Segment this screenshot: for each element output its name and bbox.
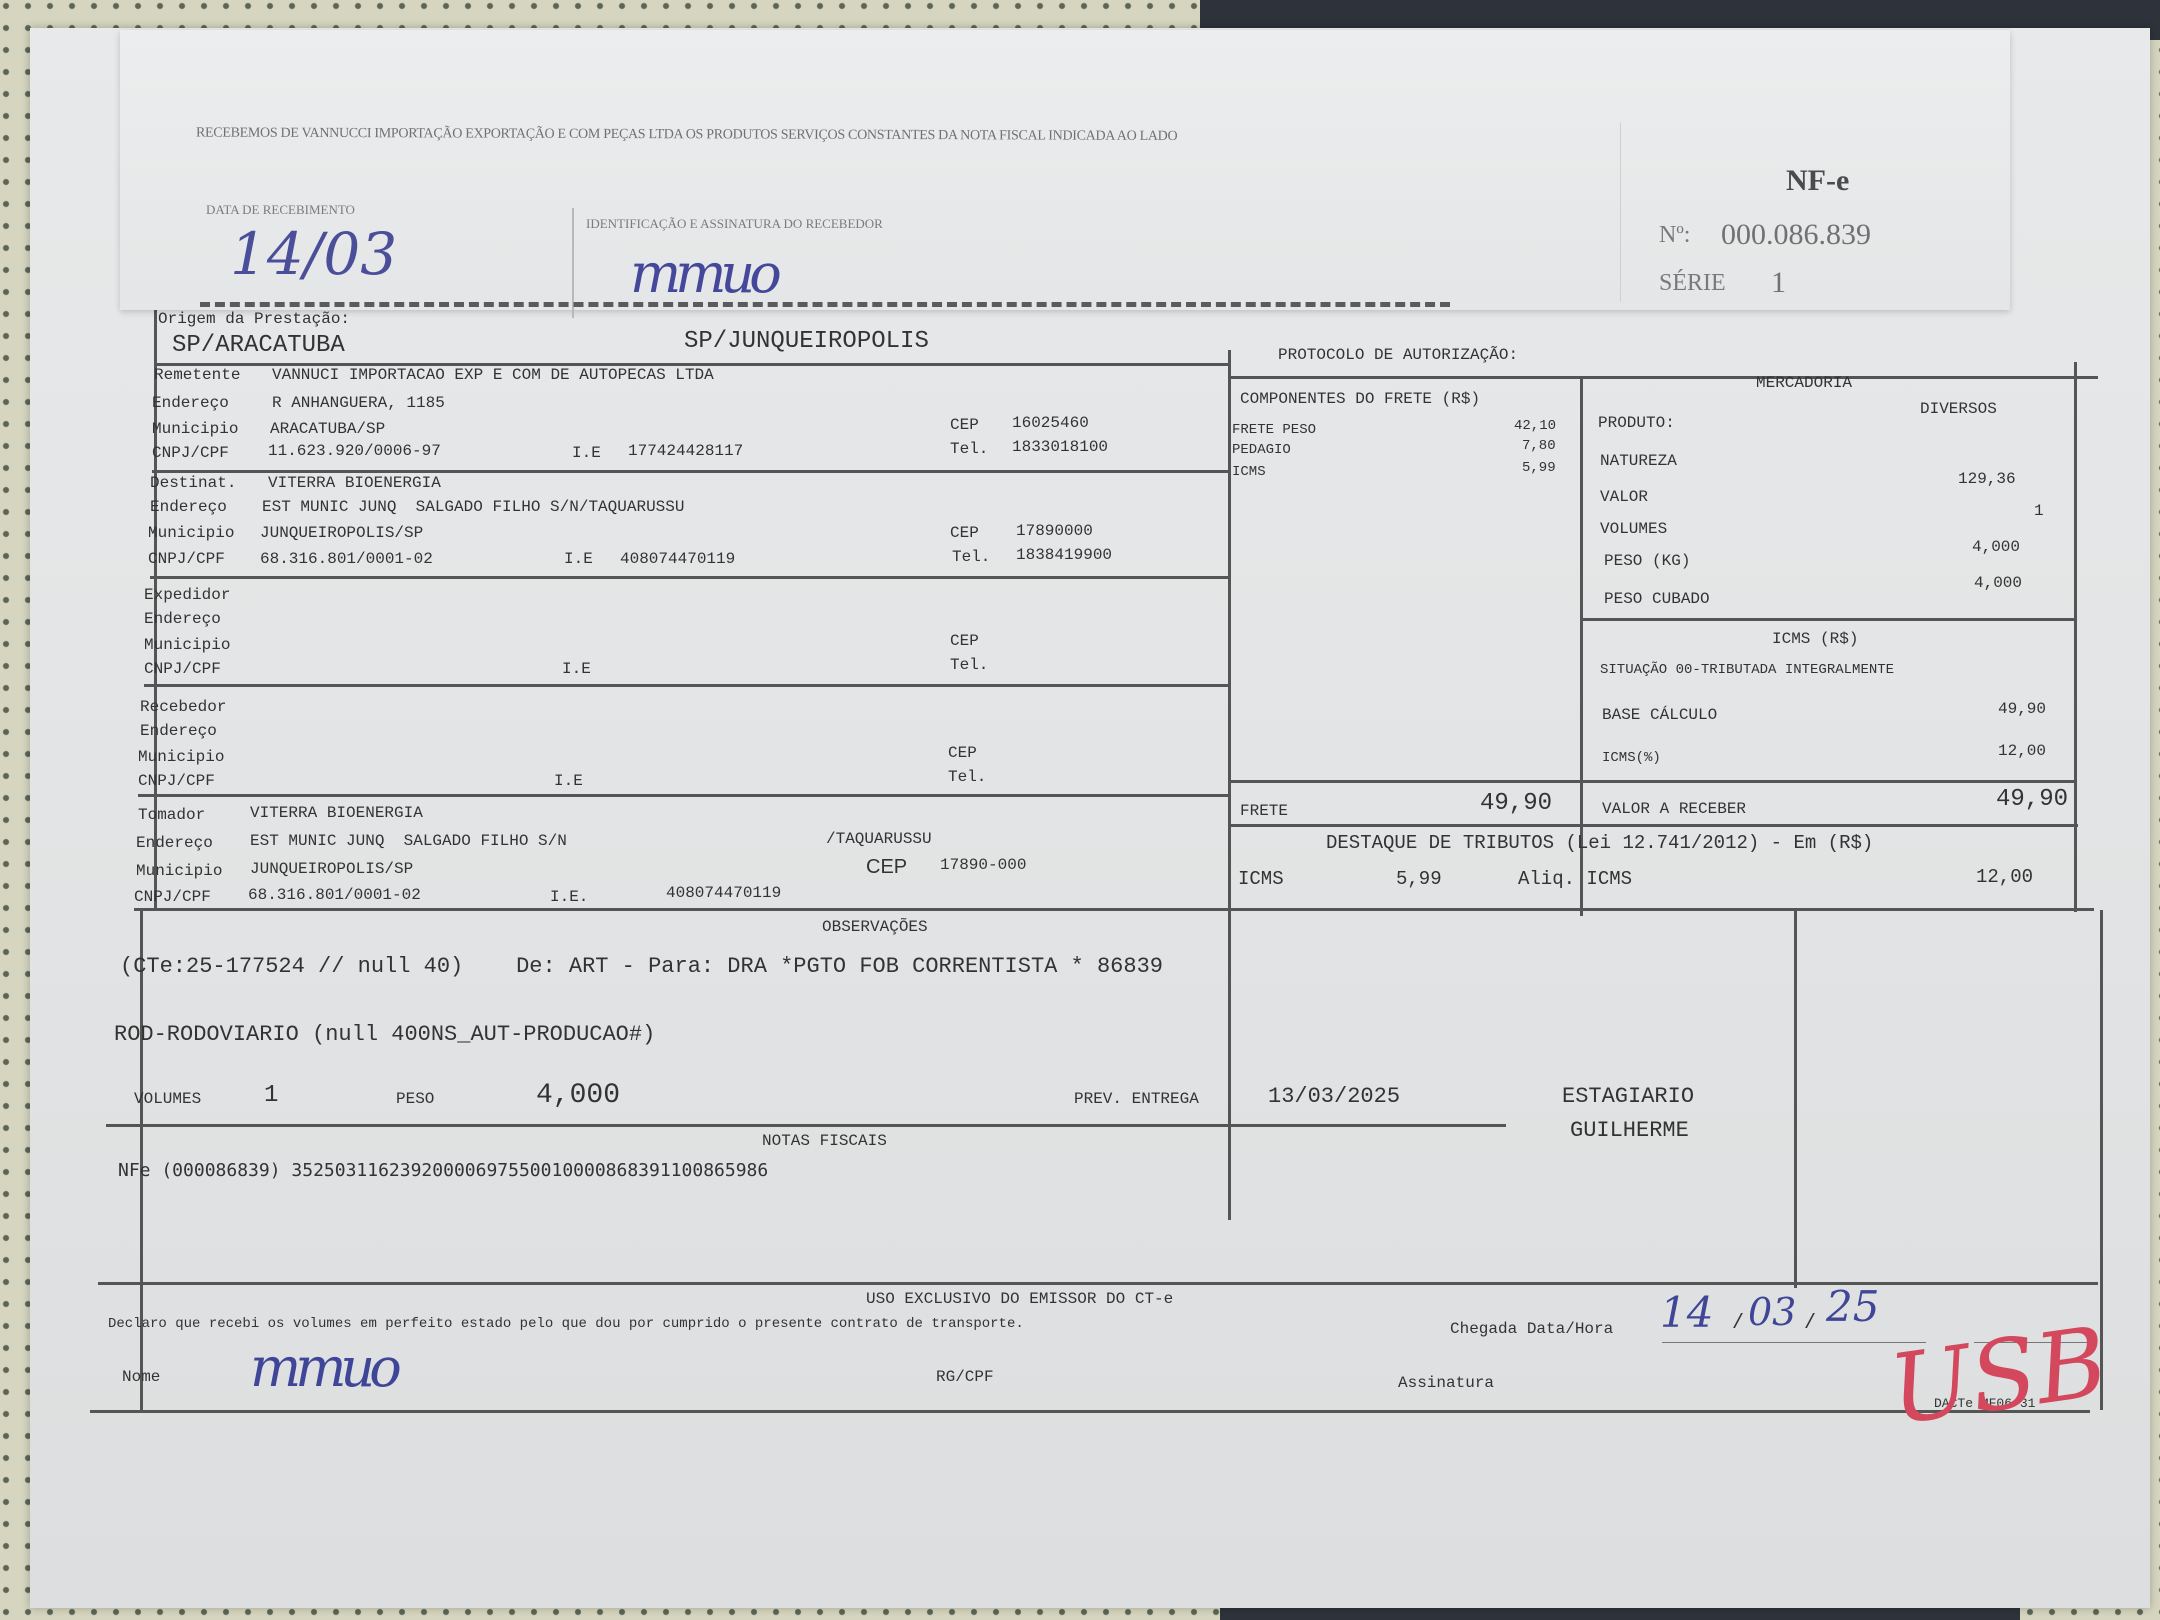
- icms-aliquota-label: ICMS(%): [1602, 750, 1661, 766]
- base-calculo-label: BASE CÁLCULO: [1602, 706, 1717, 724]
- notas-fiscais-title: NOTAS FISCAIS: [762, 1132, 887, 1150]
- destinatario-tel: 1838419900: [1016, 546, 1112, 564]
- chegada-label: Chegada Data/Hora: [1450, 1320, 1613, 1338]
- nfe-key[interactable]: NFe (000086839) 352503116239200006975500…: [118, 1160, 768, 1181]
- remetente-municipio-label: Municipio: [152, 420, 238, 438]
- chegada-dia: 14: [1660, 1288, 1713, 1337]
- tomador-municipio-label: Municipio: [136, 862, 222, 880]
- perforation-line: [200, 302, 1450, 307]
- responsavel-line2: GUILHERME: [1570, 1118, 1689, 1143]
- natureza-label: NATUREZA: [1600, 452, 1677, 470]
- tomador-cnpj: 68.316.801/0001-02: [248, 886, 421, 904]
- tomador-ie: 408074470119: [666, 884, 781, 902]
- componente-value: 7,80: [1522, 438, 1556, 454]
- destinatario-nome: VITERRA BIOENERGIA: [268, 474, 441, 492]
- prev-entrega-label: PREV. ENTREGA: [1074, 1090, 1199, 1108]
- destinatario-tel-label: Tel.: [952, 548, 990, 566]
- nfe-receipt-stub: RECEBEMOS DE VANNUCCI IMPORTAÇÃO EXPORTA…: [120, 30, 2010, 310]
- componente-label: ICMS: [1232, 464, 1266, 480]
- mercadoria-title: MERCADORIA: [1756, 374, 1852, 392]
- expedidor-label: Expedidor: [144, 586, 230, 604]
- componente-label: FRETE PESO: [1232, 422, 1316, 438]
- destinatario-cep-label: CEP: [950, 524, 979, 542]
- tributos-aliq-value: 12,00: [1976, 866, 2033, 888]
- tributos-icms-label: ICMS: [1238, 868, 1284, 890]
- tomador-nome: VITERRA BIOENERGIA: [250, 804, 423, 822]
- nfe-title: NF-e: [1786, 164, 1849, 198]
- expedidor-tel-label: Tel.: [950, 656, 988, 674]
- origem-label: Origem da Prestação:: [158, 310, 350, 328]
- divider: [152, 470, 1230, 473]
- tomador-municipio: JUNQUEIROPOLIS/SP: [250, 860, 413, 878]
- componente-value: 42,10: [1514, 418, 1556, 434]
- divider: [144, 684, 1230, 687]
- divider: [1230, 780, 2074, 783]
- tributos-title: DESTAQUE DE TRIBUTOS (Lei 12.741/2012) -…: [1326, 832, 1873, 854]
- frete-label: FRETE: [1240, 802, 1288, 820]
- divider: [138, 794, 1230, 797]
- divider: [1228, 376, 2098, 379]
- nome-label: Nome: [122, 1368, 160, 1386]
- recebedor-cnpj-label: CNPJ/CPF: [138, 772, 215, 790]
- tomador-endereco: EST MUNIC JUNQ SALGADO FILHO S/N: [250, 832, 567, 850]
- nfe-serie-label: SÉRIE: [1659, 270, 1726, 297]
- tributos-icms-value: 5,99: [1396, 868, 1442, 890]
- chegada-ano: 25: [1826, 1282, 1879, 1331]
- observacoes-line2: ROD-RODOVIARIO (null 400NS_AUT-PRODUCAO#…: [114, 1022, 655, 1047]
- remetente-label: Remetente: [154, 366, 240, 384]
- observacoes-line1: (CTe:25-177524 // null 40) De: ART - Par…: [120, 954, 1163, 979]
- protocolo-label: PROTOCOLO DE AUTORIZAÇÃO:: [1278, 346, 1518, 364]
- remetente-cnpj-label: CNPJ/CPF: [152, 444, 229, 462]
- divider: [1580, 618, 2074, 621]
- componentes-title: COMPONENTES DO FRETE (R$): [1240, 390, 1480, 408]
- peso-cubado-value: 4,000: [1974, 574, 2022, 592]
- destinatario-endereco: EST MUNIC JUNQ SALGADO FILHO S/N/TAQUARU…: [262, 498, 684, 516]
- destinatario-ie: 408074470119: [620, 550, 735, 568]
- valor-receber-label: VALOR A RECEBER: [1602, 800, 1746, 818]
- remetente-endereco: R ANHANGUERA, 1185: [272, 394, 445, 412]
- receipt-statement: RECEBEMOS DE VANNUCCI IMPORTAÇÃO EXPORTA…: [196, 126, 1596, 147]
- obs-peso-label: PESO: [396, 1090, 434, 1108]
- remetente-tel: 1833018100: [1012, 438, 1108, 456]
- canhoto-title: USO EXCLUSIVO DO EMISSOR DO CT-e: [866, 1290, 1173, 1308]
- base-calculo-value: 49,90: [1998, 700, 2046, 718]
- receipt-date-label: DATA DE RECEBIMENTO: [206, 202, 355, 218]
- destino-value: SP/JUNQUEIROPOLIS: [684, 328, 929, 355]
- frete-value: 49,90: [1480, 790, 1552, 817]
- recebedor-tel-label: Tel.: [948, 768, 986, 786]
- tomador-cnpj-label: CNPJ/CPF: [134, 888, 211, 906]
- canhoto-declaracao: Declaro que recebi os volumes em perfeit…: [108, 1316, 1024, 1332]
- valor-receber-value: 49,90: [1996, 786, 2068, 813]
- nome-signature: mmuo: [250, 1336, 396, 1399]
- remetente-municipio: ARACATUBA/SP: [270, 420, 385, 438]
- peso-cubado-label: PESO CUBADO: [1604, 590, 1710, 608]
- remetente-ie: 177424428117: [628, 442, 743, 460]
- tomador-cep: 17890-000: [940, 856, 1026, 874]
- obs-volumes-value: 1: [264, 1082, 278, 1109]
- divider: [90, 1410, 2090, 1413]
- remetente-cep: 16025460: [1012, 414, 1089, 432]
- remetente-tel-label: Tel.: [950, 440, 988, 458]
- componente-label: PEDAGIO: [1232, 442, 1291, 458]
- expedidor-cnpj-label: CNPJ/CPF: [144, 660, 221, 678]
- tomador-label: Tomador: [138, 806, 205, 824]
- tomador-endereco-complemento: /TAQUARUSSU: [826, 830, 932, 848]
- valor-label: VALOR: [1600, 488, 1648, 506]
- divider: [106, 1124, 1506, 1127]
- destinatario-cnpj: 68.316.801/0001-02: [260, 550, 433, 568]
- column-divider: [1794, 908, 1797, 1288]
- destinatario-municipio-label: Municipio: [148, 524, 234, 542]
- prev-entrega-value: 13/03/2025: [1268, 1084, 1400, 1109]
- rg-cpf-label: RG/CPF: [936, 1368, 994, 1386]
- recebedor-municipio-label: Municipio: [138, 748, 224, 766]
- expedidor-endereco-label: Endereço: [144, 610, 221, 628]
- remetente-cep-label: CEP: [950, 416, 979, 434]
- tomador-endereco-label: Endereço: [136, 834, 213, 852]
- tributos-aliq-label: Aliq. ICMS: [1518, 868, 1632, 890]
- date-separator: /: [1732, 1312, 1744, 1335]
- receipt-date-handwritten: 14/03: [230, 220, 397, 288]
- expedidor-ie-label: I.E: [562, 660, 591, 678]
- recebedor-endereco-label: Endereço: [140, 722, 217, 740]
- produto-value: DIVERSOS: [1920, 400, 1997, 418]
- divider: [150, 576, 1230, 579]
- remetente-nome: VANNUCI IMPORTACAO EXP E COM DE AUTOPECA…: [272, 366, 714, 384]
- peso-label: PESO (KG): [1604, 552, 1690, 570]
- destinatario-cnpj-label: CNPJ/CPF: [148, 550, 225, 568]
- responsavel-line1: ESTAGIARIO: [1562, 1084, 1694, 1109]
- recebedor-ie-label: I.E: [554, 772, 583, 790]
- nfe-serie: 1: [1771, 266, 1786, 300]
- icms-aliquota-value: 12,00: [1998, 742, 2046, 760]
- destinatario-endereco-label: Endereço: [150, 498, 227, 516]
- componente-value: 5,99: [1522, 460, 1556, 476]
- nfe-number: 000.086.839: [1721, 218, 1871, 252]
- volumes-value: 1: [2034, 502, 2044, 520]
- obs-volumes-label: VOLUMES: [134, 1090, 201, 1108]
- remetente-cnpj: 11.623.920/0006-97: [268, 442, 441, 460]
- divider: [134, 908, 2094, 911]
- tomador-ie-label: I.E.: [550, 888, 588, 906]
- receiver-signature: mmuo: [630, 242, 776, 305]
- destinatario-cep: 17890000: [1016, 522, 1093, 540]
- divider: [1230, 824, 2078, 827]
- expedidor-cep-label: CEP: [950, 632, 979, 650]
- column-divider: [1228, 350, 1231, 1220]
- nfe-box: NF-e Nº: 000.086.839 SÉRIE 1: [1620, 122, 2001, 302]
- destinatario-ie-label: I.E: [564, 550, 593, 568]
- recebedor-cep-label: CEP: [948, 744, 977, 762]
- remetente-endereco-label: Endereço: [152, 394, 229, 412]
- recebedor-label: Recebedor: [140, 698, 226, 716]
- icms-title: ICMS (R$): [1772, 630, 1858, 648]
- receiver-id-label: IDENTIFICAÇÃO E ASSINATURA DO RECEBEDOR: [586, 216, 883, 232]
- peso-value: 4,000: [1972, 538, 2020, 556]
- destinatario-label: Destinat.: [150, 474, 236, 492]
- date-separator: /: [1804, 1312, 1816, 1335]
- divider: [98, 1282, 2098, 1285]
- valor-value: 129,36: [1958, 470, 2016, 488]
- chegada-mes: 03: [1748, 1290, 1796, 1334]
- expedidor-municipio-label: Municipio: [144, 636, 230, 654]
- obs-peso-value: 4,000: [536, 1080, 620, 1111]
- assinatura-label: Assinatura: [1398, 1374, 1494, 1392]
- destinatario-municipio: JUNQUEIROPOLIS/SP: [260, 524, 423, 542]
- observacoes-title: OBSERVAÇÕES: [822, 918, 928, 936]
- origem-value: SP/ARACATUBA: [172, 332, 345, 359]
- icms-situacao: SITUAÇÃO 00-TRIBUTADA INTEGRALMENTE: [1600, 662, 1894, 678]
- nfe-number-label: Nº:: [1659, 222, 1690, 249]
- remetente-ie-label: I.E: [572, 444, 601, 462]
- produto-label: PRODUTO:: [1598, 414, 1675, 432]
- volumes-label: VOLUMES: [1600, 520, 1667, 538]
- tomador-cep-label: CEP: [866, 856, 907, 879]
- dacte-form: Origem da Prestação: SP/ARACATUBA SP/JUN…: [150, 310, 2100, 1410]
- form-right-border: [2074, 362, 2077, 912]
